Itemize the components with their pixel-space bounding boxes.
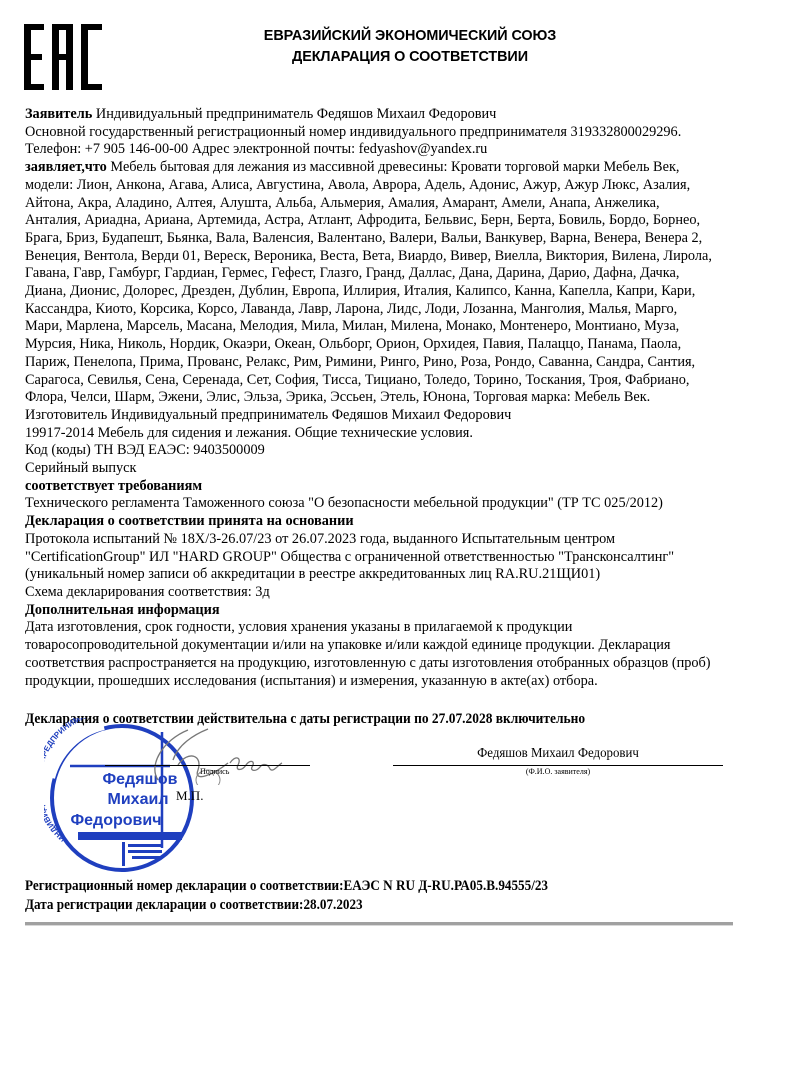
registration-number: Регистрационный номер декларации о соотв… xyxy=(25,878,548,895)
models-line: Мари, Марлена, Марсель, Масана, Мелодия,… xyxy=(25,318,765,336)
additional-line: товаросопроводительной документации и/ил… xyxy=(25,637,765,655)
applicant-line: Заявитель Индивидуальный предприниматель… xyxy=(25,106,765,124)
basis-line: Протокола испытаний № 18X/3-26.07/23 от … xyxy=(25,531,765,549)
models-line: Париж, Пенелопа, Прима, Прованс, Релакс,… xyxy=(25,354,765,372)
applicant-value: Индивидуальный предприниматель Федяшов М… xyxy=(92,106,496,122)
additional-heading: Дополнительная информация xyxy=(25,602,765,620)
compliance-text: Технического регламента Таможенного союз… xyxy=(25,495,765,513)
applicant-name: Федяшов Михаил Федорович xyxy=(406,746,710,762)
models-line: Мурсия, Ника, Николь, Нордик, Окаэри, Ок… xyxy=(25,336,765,354)
models-line: модели: Лион, Анкона, Агава, Алиса, Авгу… xyxy=(25,177,765,195)
additional-line: соответствия распространяется на продукц… xyxy=(25,655,765,673)
signature-line xyxy=(105,765,310,766)
eac-mark-icon xyxy=(24,24,102,90)
models-line: Диана, Дионис, Долорес, Дрезден, Дублин,… xyxy=(25,283,765,301)
seal-caption: М.П. xyxy=(176,788,203,804)
contacts-line: Телефон: +7 905 146-00-00 Адрес электрон… xyxy=(25,141,765,159)
basis-line: "CertificationGroup" ИЛ "HARD GROUP" Общ… xyxy=(25,549,765,567)
title-union: ЕВРАЗИЙСКИЙ ЭКОНОМИЧЕСКИЙ СОЮЗ xyxy=(170,27,650,44)
standard-line: 19917-2014 Мебель для сидения и лежания.… xyxy=(25,425,765,443)
models-line: Венеция, Вентола, Верди 01, Вереск, Веро… xyxy=(25,248,765,266)
title-declaration: ДЕКЛАРАЦИЯ О СООТВЕТСТВИИ xyxy=(170,48,650,65)
additional-line: Дата изготовления, срок годности, услови… xyxy=(25,619,765,637)
basis-line: (уникальный номер записи об аккредитации… xyxy=(25,566,765,584)
registration-date: Дата регистрации декларации о соответств… xyxy=(25,897,363,914)
signature-caption: Подпись xyxy=(200,767,229,776)
models-line: Флора, Челси, Шарм, Эжени, Элис, Эльза, … xyxy=(25,389,765,407)
declares-line: заявляет,что Мебель бытовая для лежания … xyxy=(25,159,765,177)
models-line: Анталия, Ариадна, Ариана, Артемида, Астр… xyxy=(25,212,765,230)
declaration-body: Заявитель Индивидуальный предприниматель… xyxy=(25,106,765,690)
manufacturer-line: Изготовитель Индивидуальный предпринимат… xyxy=(25,407,765,425)
additional-line: продукции, прошедших исследования (испыт… xyxy=(25,673,765,691)
signature-icon xyxy=(118,725,318,785)
svg-text:Михаил: Михаил xyxy=(108,791,169,808)
scheme-line: Схема декларирования соответствия: 3д xyxy=(25,584,765,602)
tn-ved-line: Код (коды) ТН ВЭД ЕАЭС: 9403500009 xyxy=(25,442,765,460)
applicant-label: Заявитель xyxy=(25,106,92,122)
bottom-divider xyxy=(25,922,733,926)
declares-label: заявляет,что xyxy=(25,159,107,175)
basis-heading: Декларация о соответствии принята на осн… xyxy=(25,513,765,531)
compliance-heading: соответствует требованиям xyxy=(25,478,765,496)
models-line: Кассандра, Киото, Корсика, Корсо, Лаванд… xyxy=(25,301,765,319)
models-line: Брага, Бриз, Будапешт, Бьянка, Вала, Вал… xyxy=(25,230,765,248)
product-description: Мебель бытовая для лежания из массивной … xyxy=(107,159,680,175)
models-line: Гавана, Гавр, Гамбург, Гардиан, Гермес, … xyxy=(25,265,765,283)
name-line xyxy=(393,765,723,766)
svg-text:Федорович: Федорович xyxy=(71,812,162,829)
eac-logo xyxy=(24,24,102,90)
handwritten-signature xyxy=(118,725,318,785)
ogrnip-line: Основной государственный регистрационный… xyxy=(25,124,765,142)
applicant-name-caption: (Ф.И.О. заявителя) xyxy=(393,767,723,776)
models-line: Сарагоса, Севилья, Сена, Серенада, Сет, … xyxy=(25,372,765,390)
models-line: Айтона, Акра, Аладино, Алтея, Алушта, Ал… xyxy=(25,195,765,213)
release-type-line: Серийный выпуск xyxy=(25,460,765,478)
